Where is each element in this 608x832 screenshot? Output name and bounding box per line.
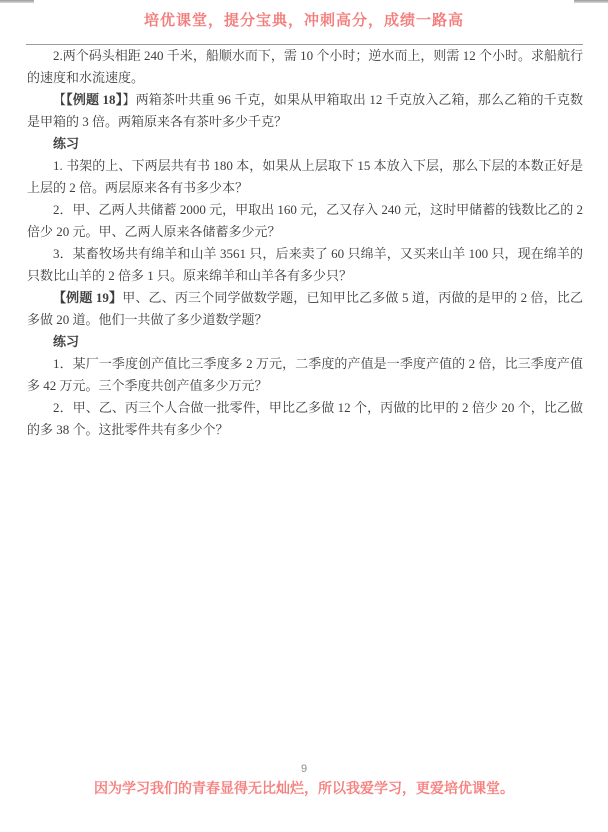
page-edge-mark-right (574, 0, 608, 3)
page-number: 9 (0, 763, 608, 775)
example-18-paragraph: 【【例题 18】】两箱茶叶共重 96 千克，如果从甲箱取出 12 千克放入乙箱，… (27, 89, 583, 133)
document-page: 培优课堂，提分宝典，冲刺高分，成绩一路高 2.两个码头相距 240 千米，船顺水… (0, 0, 608, 832)
practice1-item-2: 2．甲、乙两人共储蓄 2000 元，甲取出 160 元，乙又存入 240 元，这… (27, 199, 583, 243)
worksheet-body: 2.两个码头相距 240 千米，船顺水而下，需 10 个小时；逆水而上，则需 1… (0, 45, 608, 441)
example-18-label: 【例题 18】 (66, 92, 122, 107)
problem-boat-speed: 2.两个码头相距 240 千米，船顺水而下，需 10 个小时；逆水而上，则需 1… (27, 45, 583, 89)
practice2-item-2: 2．甲、乙、丙三个人合做一批零件，甲比乙多做 12 个，丙做的比甲的 2 倍少 … (27, 397, 583, 441)
footer-slogan: 因为学习我们的青春显得无比灿烂，所以我爱学习，更爱培优课堂。 (0, 780, 608, 800)
practice-heading-1: 练习 (27, 133, 583, 155)
header-slogan: 培优课堂，提分宝典，冲刺高分，成绩一路高 (0, 0, 608, 31)
example-18-open-bracket: 【 (53, 92, 66, 107)
example-19-paragraph: 【例题 19】甲、乙、丙三个同学做数学题，已知甲比乙多做 5 道，丙做的是甲的 … (27, 287, 583, 331)
practice1-item-3: 3．某畜牧场共有绵羊和山羊 3561 只，后来卖了 60 只绵羊，又买来山羊 1… (27, 243, 583, 287)
practice2-item-1: 1．某厂一季度创产值比三季度多 2 万元，二季度的产值是一季度产值的 2 倍，比… (27, 353, 583, 397)
example-19-label: 【例题 19】 (53, 290, 122, 305)
example-18-close-bracket: 】 (122, 92, 135, 107)
practice-heading-2: 练习 (27, 331, 583, 353)
practice1-item-1: 1. 书架的上、下两层共有书 180 本，如果从上层取下 15 本放入下层，那么… (27, 155, 583, 199)
page-edge-mark-left (0, 0, 34, 3)
